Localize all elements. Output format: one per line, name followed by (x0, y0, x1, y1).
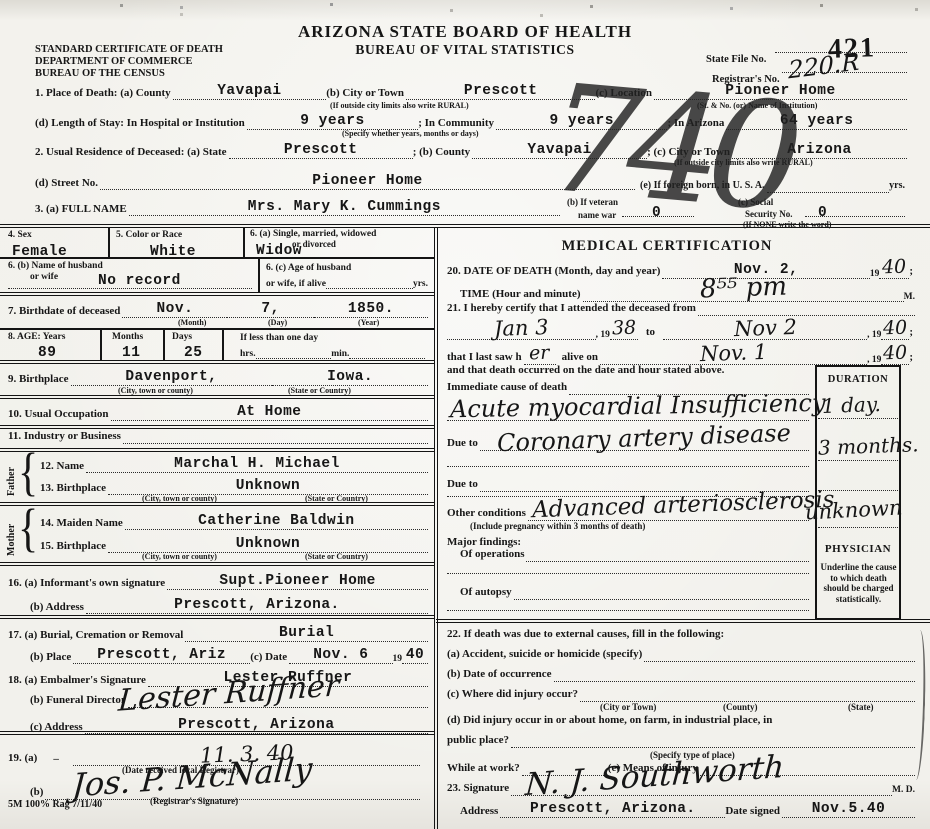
board-title: ARIZONA STATE BOARD OF HEALTH (250, 22, 680, 42)
attended-row: 21. I hereby certify that I attended the… (447, 302, 915, 316)
ssn-value: 0 (818, 203, 827, 221)
father-side-label: Father (6, 467, 17, 496)
autopsy-label: Of autopsy (460, 586, 514, 600)
attended-to-label: to (638, 326, 663, 340)
birthplace-label: 9. Birthplace (8, 373, 71, 387)
birthplace-city: Davenport, (125, 369, 217, 385)
full-name-blank: Mrs. Mary K. Cummings (129, 198, 560, 216)
autopsy-blank (514, 599, 809, 600)
residence-state-value: Prescott (284, 142, 358, 158)
birthplace-note-1: (City, town or county) (118, 386, 193, 395)
due-to-2-label: Due to (447, 478, 480, 492)
burial-date-label: (c) Date (250, 651, 289, 665)
birthdate-day-note: (Day) (268, 318, 287, 327)
external-causes-title: 22. If death was due to external causes,… (447, 628, 726, 642)
birthdate-month: Nov. (156, 301, 193, 317)
physician-md-label: M. D. (892, 785, 915, 795)
occupation-row: 10. Usual Occupation At Home (8, 403, 428, 421)
duration-2-value: 3 months. (818, 436, 919, 458)
other-conditions-label: Other conditions (447, 507, 528, 521)
external-b-row: (b) Date of occurrence (447, 668, 915, 682)
operations-blank (526, 561, 809, 562)
birthplace-state-blank: Iowa. (272, 368, 428, 386)
mother-birthplace-value: Unknown (236, 536, 300, 552)
work-label: While at work? (447, 762, 522, 776)
duration-1-value: 1 day. (822, 395, 881, 417)
age-months-text: 11 (122, 345, 140, 361)
age-days-value: 25 (184, 343, 202, 361)
burial-date-value: Nov. 6 (313, 647, 368, 663)
place-county-blank: Yavapai (173, 82, 327, 100)
age-years-text: 89 (38, 345, 56, 361)
informant-addr-blank: Prescott, Arizona. (86, 596, 428, 614)
occupation-blank: At Home (111, 403, 428, 421)
external-c-row: (c) Where did injury occur? (447, 688, 915, 702)
stay-hospital-blank: 9 years (247, 112, 418, 130)
race-value: White (150, 242, 196, 260)
due-to-1-label: Due to (447, 437, 480, 451)
place-city-note: (If outside city limits also write RURAL… (330, 101, 469, 110)
full-name-value: Mrs. Mary K. Cummings (248, 199, 441, 215)
spouse-age-row: or wife, if alive yrs. (266, 279, 428, 289)
mother-name-row: 14. Maiden Name Catherine Baldwin (40, 512, 428, 530)
attended-label: 21. I hereby certify that I attended the… (447, 302, 698, 316)
mother-note-2: (State or Country) (305, 552, 368, 561)
birthdate-row: 7. Birthdate of deceased Nov. 7, 1850. (8, 300, 428, 318)
external-b-blank (554, 681, 915, 682)
birthdate-year: 1850. (348, 301, 394, 317)
birthplace-row: 9. Birthplace Davenport, Iowa. (8, 368, 428, 386)
attended-to-value: Nov 2 (733, 317, 797, 340)
burial-place-label: (b) Place (30, 651, 73, 665)
father-birthplace-value: Unknown (236, 478, 300, 494)
occupation-label: 10. Usual Occupation (8, 408, 111, 422)
age-line-2 (163, 329, 165, 360)
funeral-addr-row: (c) Address Prescott, Arizona (30, 716, 428, 734)
operations-row: Of operations (460, 548, 809, 562)
attended-from-year: 38 (611, 319, 636, 339)
state-file-label: State File No. (706, 54, 766, 65)
handwritten-740-overlay: 740 (542, 64, 794, 232)
birthdate-year-note: (Year) (358, 318, 379, 327)
attended-to-year: 40 (883, 319, 908, 339)
foreign-born-suffix: yrs. (889, 180, 907, 193)
age-months-label: Months (112, 332, 143, 342)
attended-to-blank: Nov 2 (663, 318, 867, 340)
street-label: (d) Street No. (35, 177, 100, 191)
informant-sig-blank: Supt.Pioneer Home (167, 572, 428, 590)
residence-state-blank: Prescott (229, 141, 413, 159)
informant-sig-label: 16. (a) Informant's own signature (8, 577, 167, 591)
birthdate-label: 7. Birthdate of deceased (8, 305, 122, 319)
funeral-addr-label: (c) Address (30, 721, 85, 735)
external-c-note-county: (County) (723, 702, 758, 712)
spouse-age-blank (326, 288, 413, 289)
other-conditions-value: Advanced arteriosclerosis (532, 494, 835, 517)
burial-date-blank: Nov. 6 (289, 646, 392, 664)
last-saw-date-blank: Nov. 1 (600, 343, 867, 365)
birthdate-day-blank: 7, (227, 300, 314, 318)
physician-addr-label: Address (460, 805, 500, 819)
father-name-row: 12. Name Marchal H. Michael (40, 455, 428, 473)
cell-line-a1 (108, 228, 110, 258)
burial-date-19: 19 (393, 654, 403, 664)
cell-line-b1 (258, 258, 260, 293)
ssn-value-text: 0 (818, 205, 827, 221)
spouse-age-suffix: yrs. (413, 279, 428, 289)
rule-informant (0, 615, 434, 619)
death-certificate-document: ARIZONA STATE BOARD OF HEALTH BUREAU OF … (0, 0, 930, 829)
last-saw-row: that I last saw h er alive on Nov. 1 , 1… (447, 343, 915, 365)
certificate-type-line1: STANDARD CERTIFICATE OF DEATH (35, 44, 223, 55)
attended-from-value: Jan 3 (494, 317, 549, 340)
date-signed-blank: Nov.5.40 (782, 800, 915, 818)
age-line-1 (100, 329, 102, 360)
spouse-age-label-1: 6. (c) Age of husband (266, 263, 351, 273)
duration-3-value: unknown (805, 500, 902, 522)
physician-header: PHYSICIAN (817, 543, 899, 555)
immediate-cause-value: Acute myocardial Insufficiency (450, 394, 826, 419)
date-signed-label: Date signed (725, 805, 782, 819)
mother-name-value: Catherine Baldwin (198, 513, 354, 529)
rule-row8 (0, 360, 434, 364)
due-to-1-text: Coronary artery disease (497, 421, 792, 455)
last-saw-her: er (529, 344, 550, 364)
spouse-age-label-2: or wife, if alive (266, 279, 326, 289)
rule-row7 (0, 328, 434, 330)
sex-value: Female (12, 242, 67, 260)
mother-side-label: Mother (6, 524, 17, 556)
spouse-value: No record (98, 271, 181, 289)
last-saw-year-blank: 40 (881, 344, 909, 365)
age-days-text: 25 (184, 345, 202, 361)
mother-name-blank: Catherine Baldwin (125, 512, 428, 530)
duration-header: DURATION (817, 374, 899, 385)
last-saw-label-1: that I last saw h (447, 351, 524, 365)
informant-addr-value: Prescott, Arizona. (174, 597, 340, 613)
mother-brace: { (18, 503, 38, 556)
birthdate-month-note: (Month) (178, 318, 206, 327)
time-label: TIME (Hour and minute) (460, 288, 583, 302)
father-name-value: Marchal H. Michael (174, 456, 340, 472)
age-months-value: 11 (122, 343, 140, 361)
last-saw-her-blank: er (524, 344, 556, 365)
certificate-type-line2: DEPARTMENT OF COMMERCE (35, 56, 193, 67)
informant-sig-value: Supt.Pioneer Home (219, 573, 375, 589)
external-d-label-2: public place? (447, 734, 511, 748)
external-c-note-city: (City or Town) (600, 702, 656, 712)
external-a-label: (a) Accident, suicide or homicide (speci… (447, 648, 644, 662)
industry-label: 11. Industry or Business (8, 430, 123, 444)
immediate-cause-text: Acute myocardial Insufficiency (450, 391, 826, 422)
sex-value-text: Female (12, 244, 67, 260)
spouse-value-text: No record (98, 273, 181, 289)
birthdate-month-blank: Nov. (122, 300, 227, 318)
burial-type-value: Burial (279, 625, 334, 641)
spouse-label-2: or wife (30, 272, 58, 282)
place-city-label: (b) City or Town (326, 87, 406, 101)
attended-to-19: , 19 (867, 330, 881, 340)
mother-birthplace-row: 15. Birthplace Unknown (40, 535, 428, 553)
age-hrs-blank (256, 358, 332, 359)
stay-hospital-label: (d) Length of Stay: In Hospital or Insti… (35, 117, 247, 131)
column-divider (434, 228, 438, 829)
duration-1-text: 1 day. (822, 394, 881, 416)
age-years-label: 8. AGE: Years (8, 332, 65, 342)
residence-county-label: ; (b) County (413, 146, 472, 160)
age-hrs-min-row: hrs. min. (240, 349, 425, 359)
mother-birthplace-label: 15. Birthplace (40, 540, 108, 554)
rule-father (0, 502, 434, 506)
autopsy-sep (447, 610, 809, 611)
residence-city-value: Arizona (787, 142, 851, 158)
mother-name-label: 14. Maiden Name (40, 517, 125, 531)
full-name-row: 3. (a) FULL NAME Mrs. Mary K. Cummings (35, 198, 560, 216)
death-occurred-statement: and that death occurred on the date and … (447, 364, 726, 378)
last-saw-date: Nov. 1 (700, 342, 768, 365)
burial-place-blank: Prescott, Ariz (73, 646, 250, 664)
registrar-number-handwritten: 220.R (788, 48, 859, 85)
attended-dates-row: Jan 3 , 19 38 to Nov 2 , 19 40 ; (447, 318, 915, 340)
age-min-blank (349, 358, 425, 359)
burial-type-blank: Burial (185, 624, 428, 642)
informant-addr-label: (b) Address (30, 601, 86, 615)
burial-type-label: 17. (a) Burial, Cremation or Removal (8, 629, 185, 643)
residence-state-label: 2. Usual Residence of Deceased: (a) Stat… (35, 146, 229, 160)
full-name-label: 3. (a) FULL NAME (35, 203, 129, 217)
stay-hospital-value: 9 years (300, 113, 364, 129)
date-signed-value: Nov.5.40 (812, 801, 886, 817)
marital-value-text: Widow (256, 243, 302, 259)
operations-label: Of operations (460, 548, 526, 562)
registrar-dash: – (39, 753, 73, 766)
age-years-value: 89 (38, 343, 56, 361)
marital-label-1: 6. (a) Single, married, widowed (250, 229, 376, 239)
burial-place-value: Prescott, Ariz (97, 647, 226, 663)
attended-blank (698, 315, 915, 316)
cell-line-a2 (243, 228, 245, 258)
attended-from-19: , 19 (596, 330, 610, 340)
external-a-blank (644, 661, 915, 662)
mother-note-1: (City, town or county) (142, 552, 217, 561)
father-note-2: (State or Country) (305, 494, 368, 503)
last-saw-19: , 19 (867, 355, 881, 365)
external-b-label: (b) Date of occurrence (447, 668, 554, 682)
father-birthplace-blank: Unknown (108, 477, 428, 495)
funeral-director-label: (b) Funeral Director (30, 694, 128, 708)
age-hrs-label: hrs. (240, 349, 256, 359)
last-saw-label-2: alive on (556, 351, 600, 365)
rule-row9 (0, 395, 434, 399)
pregnancy-note: (Include pregnancy within 3 months of de… (470, 521, 645, 531)
external-a-row: (a) Accident, suicide or homicide (speci… (447, 648, 915, 662)
bureau-subtitle: BUREAU OF VITAL STATISTICS (250, 42, 680, 58)
duration-3-text: unknown (805, 497, 903, 523)
occupation-value: At Home (237, 404, 301, 420)
informant-addr-row: (b) Address Prescott, Arizona. (30, 596, 428, 614)
industry-row: 11. Industry or Business (8, 430, 428, 444)
spouse-label-1: 6. (b) Name of husband (8, 261, 103, 271)
external-d-row: public place? (447, 734, 915, 748)
external-d-blank (511, 747, 915, 748)
scan-noise-speckles (120, 4, 123, 7)
physician-sig-label: 23. Signature (447, 782, 511, 796)
rule-mother (0, 562, 434, 566)
father-name-label: 12. Name (40, 460, 86, 474)
father-birthplace-row: 13. Birthplace Unknown (40, 477, 428, 495)
informant-sig-row: 16. (a) Informant's own signature Supt.P… (8, 572, 428, 590)
attended-semicolon: ; (909, 326, 915, 340)
marital-value: Widow (256, 241, 302, 259)
rule-row11 (0, 448, 434, 452)
autopsy-row: Of autopsy (460, 586, 809, 600)
burial-date-year-blank: 40 (402, 645, 428, 664)
age-line-3 (222, 329, 224, 360)
age-days-label: Days (172, 332, 192, 342)
stay-specify-note: (Specify whether years, months or days) (342, 129, 479, 138)
time-blank: 8⁵⁵ pm (583, 275, 904, 302)
attended-to-year-blank: 40 (881, 319, 909, 340)
sex-label: 4. Sex (8, 230, 32, 240)
last-saw-semicolon: ; (909, 351, 915, 365)
external-c-note-state: (State) (848, 702, 874, 712)
birthplace-state: Iowa. (327, 369, 373, 385)
birthdate-day: 7, (261, 301, 279, 317)
father-birthplace-label: 13. Birthplace (40, 482, 108, 496)
certificate-type-line3: BUREAU OF THE CENSUS (35, 68, 165, 79)
place-county-label: 1. Place of Death: (a) County (35, 87, 173, 101)
physician-addr-value: Prescott, Arizona. (530, 801, 696, 817)
findings-sep (447, 573, 809, 574)
funeral-addr-value: Prescott, Arizona (178, 717, 334, 733)
place-county-value: Yavapai (217, 83, 281, 99)
birthplace-city-blank: Davenport, (71, 368, 273, 386)
age-min-label: min. (331, 349, 349, 359)
race-value-text: White (150, 244, 196, 260)
burial-type-row: 17. (a) Burial, Cremation or Removal Bur… (8, 624, 428, 642)
funeral-addr-blank: Prescott, Arizona (85, 716, 428, 734)
time-m-label: M. (904, 292, 915, 302)
birthdate-year-blank: 1850. (314, 300, 428, 318)
registrar-a-label: 19. (a) (8, 752, 39, 766)
birthplace-note-2: (State or Country) (288, 386, 351, 395)
physician-note: Underline the cause to which death shoul… (819, 562, 898, 604)
place-city-value: Prescott (464, 83, 538, 99)
race-label: 5. Color or Race (116, 230, 182, 240)
last-saw-year: 40 (883, 344, 908, 364)
age-less-label: If less than one day (240, 333, 318, 343)
attended-from-year-blank: 38 (610, 319, 638, 340)
mother-birthplace-blank: Unknown (108, 535, 428, 553)
rule-rowB (0, 292, 434, 296)
external-d-label-1: (d) Did injury occur in or about home, o… (447, 714, 774, 728)
burial-date-year: 40 (406, 647, 424, 663)
physician-addr-blank: Prescott, Arizona. (500, 800, 725, 818)
registrar-b-label: (b) (30, 786, 45, 800)
medical-certification-title: MEDICAL CERTIFICATION (447, 238, 887, 255)
time-value: 8⁵⁵ pm (699, 273, 787, 302)
duration-2-text: 3 months. (818, 434, 919, 457)
father-name-blank: Marchal H. Michael (86, 455, 428, 473)
rule-row10 (0, 425, 434, 429)
cause-sep-1 (447, 466, 809, 467)
street-value: Pioneer Home (312, 173, 422, 189)
time-of-death-row: TIME (Hour and minute) 8⁵⁵ pm M. (460, 275, 915, 302)
industry-blank (123, 443, 428, 444)
father-note-1: (City, town or county) (142, 494, 217, 503)
external-c-label: (c) Where did injury occur? (447, 688, 580, 702)
burial-place-row: (b) Place Prescott, Ariz (c) Date Nov. 6… (30, 645, 428, 664)
father-brace: { (18, 447, 38, 500)
due-to-1-value: Coronary artery disease (497, 426, 791, 451)
attended-from-blank: Jan 3 (447, 318, 596, 340)
